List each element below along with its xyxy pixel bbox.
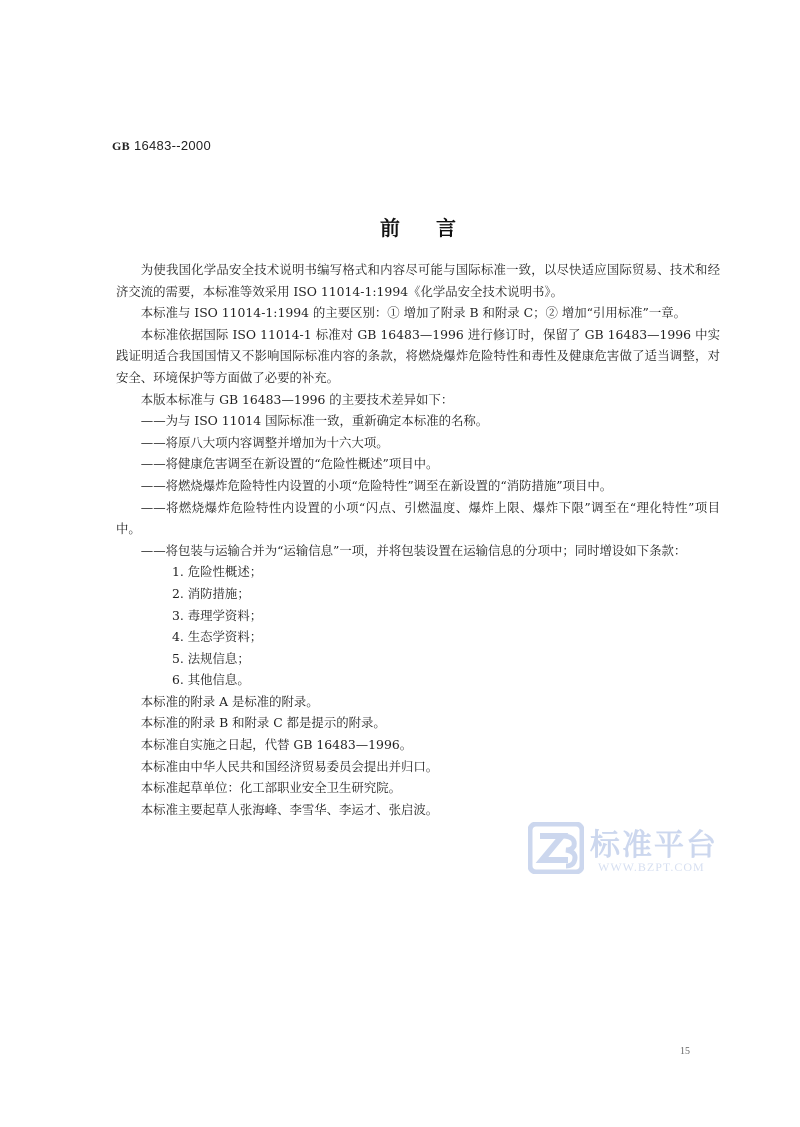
bz-logo-icon <box>528 822 584 874</box>
watermark-text: 标准平台 <box>590 820 718 864</box>
change-item: ——为与 ISO 11014 国际标准一致，重新确定本标准的名称。 <box>116 410 720 432</box>
watermark: 标准平台 WWW.BZPT.COM <box>528 820 738 880</box>
change-item: ——将健康危害调至在新设置的“危险性概述”项目中。 <box>116 453 720 475</box>
list-item: 6. 其他信息。 <box>172 669 720 691</box>
list-item: 1. 危险性概述； <box>172 561 720 583</box>
change-item: ——将原八大项内容调整并增加为十六大项。 <box>116 432 720 454</box>
new-items-list: 1. 危险性概述； 2. 消防措施； 3. 毒理学资料； 4. 生态学资料； 5… <box>116 561 720 691</box>
closing-line: 本标准起草单位：化工部职业安全卫生研究院。 <box>116 777 720 799</box>
change-item: ——将燃烧爆炸危险特性内设置的小项“闪点、引燃温度、爆炸上限、爆炸下限”调至在“… <box>116 497 720 540</box>
closing-line: 本标准主要起草人张海峰、李雪华、李运才、张启波。 <box>116 799 720 821</box>
closing-line: 本标准自实施之日起，代替 GB 16483—1996。 <box>116 734 720 756</box>
standard-code: GB16483--2000 <box>112 138 211 154</box>
closing-line: 本标准的附录 A 是标准的附录。 <box>116 691 720 713</box>
paragraph: 本标准与 ISO 11014-1:1994 的主要区别：① 增加了附录 B 和附… <box>116 302 720 324</box>
list-item: 5. 法规信息； <box>172 648 720 670</box>
gb-prefix: GB <box>112 139 130 153</box>
paragraph: 为使我国化学品安全技术说明书编写格式和内容尽可能与国际标准一致，以尽快适应国际贸… <box>116 259 720 302</box>
list-item: 2. 消防措施； <box>172 583 720 605</box>
watermark-url: WWW.BZPT.COM <box>598 860 705 875</box>
list-item: 3. 毒理学资料； <box>172 605 720 627</box>
page-number: 15 <box>680 1046 690 1057</box>
paragraph: 本标准依据国际 ISO 11014-1 标准对 GB 16483—1996 进行… <box>116 324 720 389</box>
document-body: 为使我国化学品安全技术说明书编写格式和内容尽可能与国际标准一致，以尽快适应国际贸… <box>116 259 720 820</box>
closing-line: 本标准的附录 B 和附录 C 都是提示的附录。 <box>116 712 720 734</box>
list-item: 4. 生态学资料； <box>172 626 720 648</box>
page-title: 前言 <box>0 212 800 241</box>
paragraph: 本版本标准与 GB 16483—1996 的主要技术差异如下： <box>116 389 720 411</box>
standard-number: 16483--2000 <box>134 138 211 153</box>
change-item: ——将包装与运输合并为“运输信息”一项，并将包装设置在运输信息的分项中；同时增设… <box>116 540 720 562</box>
change-item: ——将燃烧爆炸危险特性内设置的小项“危险特性”调至在新设置的“消防措施”项目中。 <box>116 475 720 497</box>
closing-line: 本标准由中华人民共和国经济贸易委员会提出并归口。 <box>116 756 720 778</box>
